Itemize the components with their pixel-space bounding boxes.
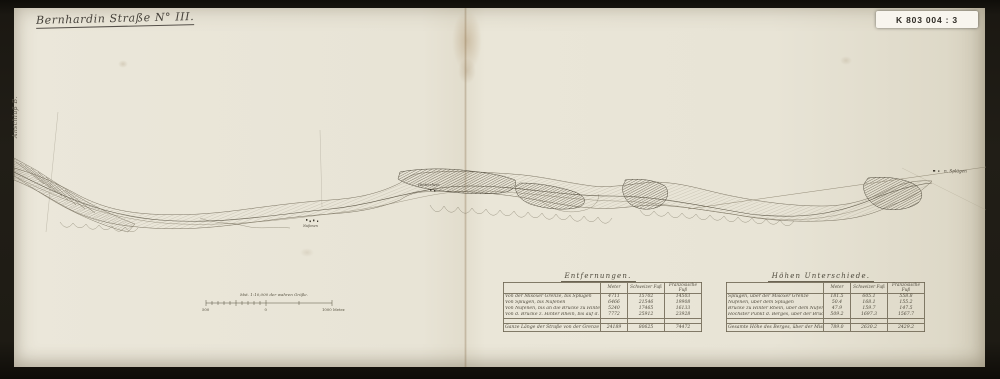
distances-table-block: Entfernungen. Meter Schweizer Fuß Franzö… [503,272,693,332]
distances-table-title: Entfernungen. [503,272,693,280]
village-label-hinterrhein: Hinterrhein [417,183,440,187]
table-header-row: Meter Schweizer Fuß Französische Fuß [504,283,702,294]
heights-table-title: Höhen Unterschiede. [726,272,916,280]
table-total-row: Ganze Länge der Straße von der Grenze bi… [504,323,702,331]
col-meter: Meter [601,283,628,294]
distances-table: Meter Schweizer Fuß Französische Fuß Von… [503,282,702,332]
col-schweizer-fuss: Schweizer Fuß [628,283,665,294]
scale-bar: Mst. 1:10,000 der wahren Größe. 500 0 10… [202,292,345,312]
map-note-right: n. Splügen [944,169,967,174]
scanned-map-page: { "artifact": { "title": "Bernhardin Str… [0,0,1000,379]
scale-caption: Mst. 1:10,000 der wahren Größe. [239,292,308,297]
col-schweizer-fuss: Schweizer Fuß [851,283,888,294]
village-label-nufenen: Nufenen [302,224,318,228]
col-franzoesische-fuss: Französische Fuß [665,283,702,294]
dark-terrain-masses [398,169,922,210]
scale-tick-1000: 1000 Meter. [322,307,345,312]
table-header-row: Meter Schweizer Fuß Französische Fuß [727,283,925,294]
heights-table: Meter Schweizer Fuß Französische Fuß Spl… [726,282,925,332]
table-total-row: Gesamte Höhe des Berges, über der Misoxe… [727,323,925,331]
col-meter: Meter [824,283,851,294]
heights-table-block: Höhen Unterschiede. Meter Schweizer Fuß … [726,272,916,332]
scale-tick-0: 0 [265,307,268,312]
col-franzoesische-fuss: Französische Fuß [888,283,925,294]
scale-tick-500: 500 [202,307,210,312]
